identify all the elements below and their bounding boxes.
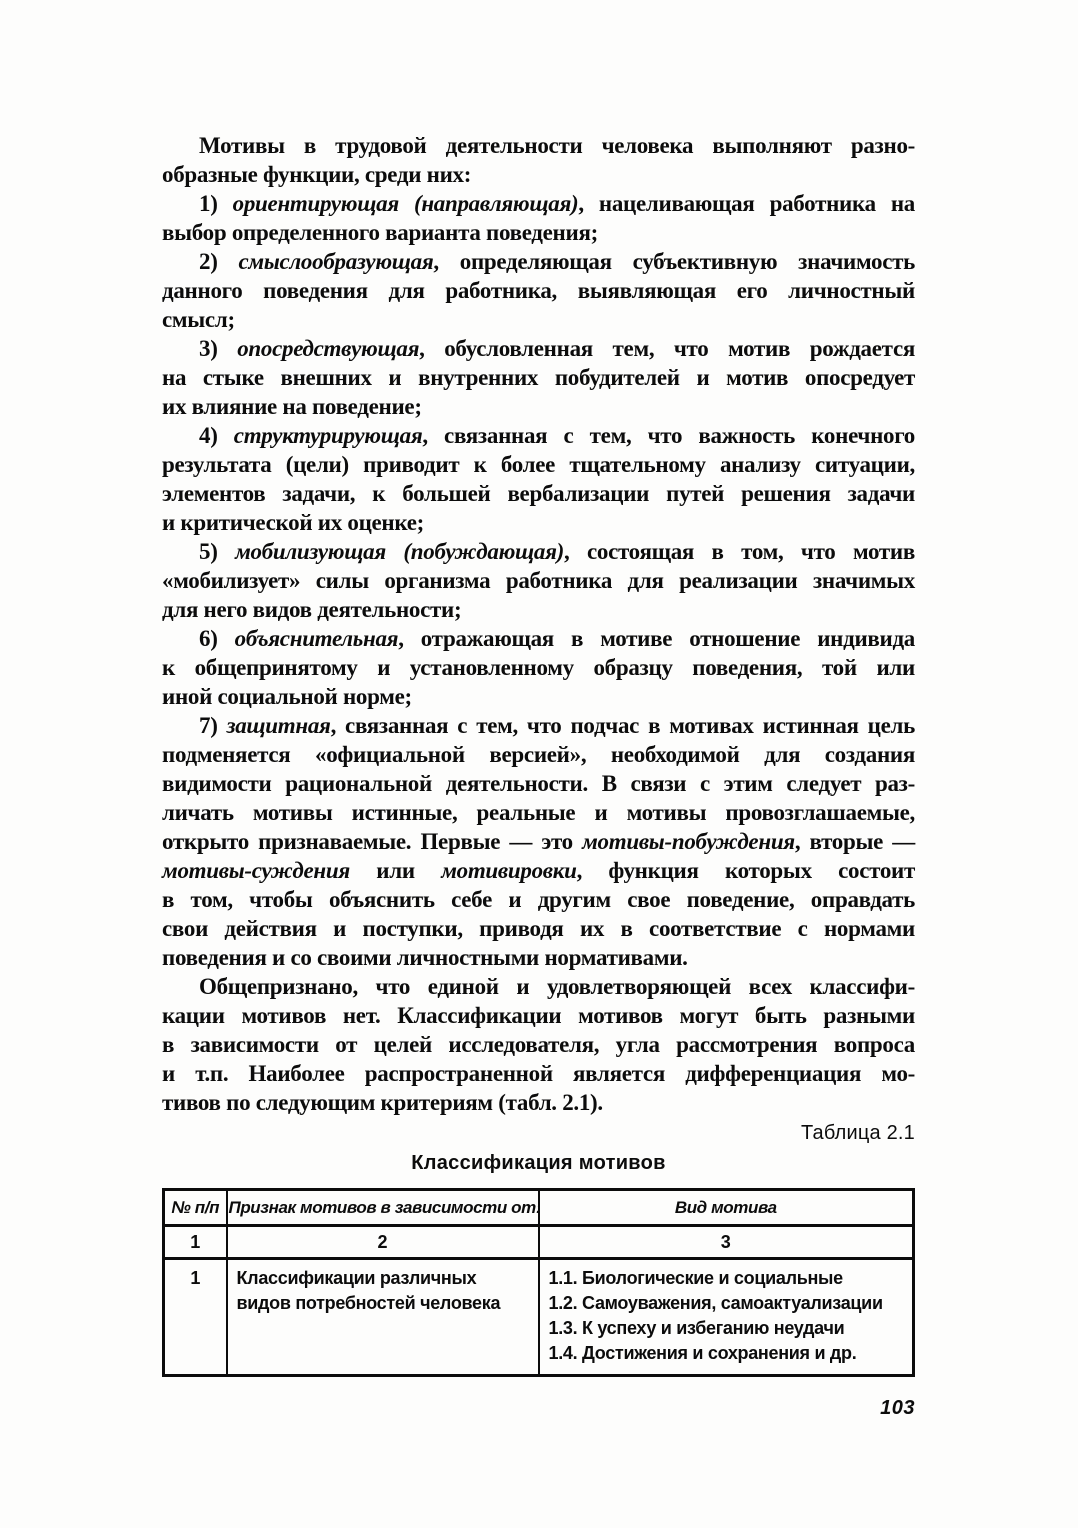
text-segment: , связанная с тем, что важность конечног…: [422, 423, 915, 448]
text-segment: Мотивы в трудовой деятельности человека …: [199, 133, 915, 158]
text-segment: , обусловленная тем, что мотив рождается: [419, 336, 915, 361]
text-line: образные функции, среди них:: [162, 160, 915, 189]
kind-line: 1.2. Самоуважения, самоактуализации: [549, 1291, 904, 1316]
text-segment: данного поведения для работника, выявляю…: [162, 278, 915, 303]
col-number-1: 1: [164, 1226, 227, 1259]
text-line: иной социальной норме;: [162, 682, 915, 711]
emphasized-term: опосредствующая: [237, 336, 419, 361]
classification-table: № п/п Признак мотивов в зависимости от: …: [162, 1188, 915, 1377]
text-segment: элементов задачи, к большей вербализации…: [162, 481, 915, 506]
text-segment: тивов по следующим критериям (табл. 2.1)…: [162, 1090, 603, 1115]
text-line: Общепризнано, что единой и удовлетворяющ…: [162, 972, 915, 1001]
text-segment: на стыке внешних и внутренних побудителе…: [162, 365, 915, 390]
text-block: Мотивы в трудовой деятельности человека …: [162, 131, 915, 1420]
text-segment: , определяющая субъективную значимость: [433, 249, 915, 274]
text-segment: 3): [199, 336, 237, 361]
text-segment: 7): [199, 713, 227, 738]
text-segment: иной социальной норме;: [162, 684, 412, 709]
text-line: данного поведения для работника, выявляю…: [162, 276, 915, 305]
text-segment: поведения и со своими личностными нормат…: [162, 945, 688, 970]
text-line: и т.п. Наиболее распространенной являетс…: [162, 1059, 915, 1088]
table-title: Классификация мотивов: [162, 1151, 915, 1175]
text-segment: Общепризнано, что единой и удовлетворяющ…: [199, 974, 915, 999]
emphasized-term: мотивировки: [441, 858, 576, 883]
text-segment: , вторые —: [795, 829, 915, 854]
cell-row-number: 1: [164, 1259, 227, 1376]
emphasized-term: ориентирующая (направляющая): [233, 191, 579, 216]
text-segment: для него видов деятельности;: [162, 597, 461, 622]
text-segment: кации мотивов нет. Классификации мотивов…: [162, 1003, 915, 1028]
text-segment: смысл;: [162, 307, 235, 332]
body-text: Мотивы в трудовой деятельности человека …: [162, 131, 915, 1117]
text-segment: в том, чтобы объяснить себе и другим сво…: [162, 887, 915, 912]
text-segment: результата (цели) приводит к более тщате…: [162, 452, 915, 477]
col-header-criterion: Признак мотивов в зависимости от:: [227, 1190, 539, 1226]
text-line: в том, чтобы объяснить себе и другим сво…: [162, 885, 915, 914]
text-line: 1) ориентирующая (направляющая), нацелив…: [162, 189, 915, 218]
text-segment: свои действия и поступки, приводя их в с…: [162, 916, 915, 941]
table-subheader-row: 1 2 3: [164, 1226, 914, 1259]
emphasized-term: объяснительная: [235, 626, 399, 651]
text-segment: видимости рациональной деятельности. В с…: [162, 771, 915, 796]
text-line: и критической их оценке;: [162, 508, 915, 537]
text-line: 3) опосредствующая, обусловленная тем, ч…: [162, 334, 915, 363]
text-line: 4) структурирующая, связанная с тем, что…: [162, 421, 915, 450]
text-line: личать мотивы истинные, реальные и мотив…: [162, 798, 915, 827]
text-segment: , состоящая в том, что мотив: [564, 539, 915, 564]
text-segment: их влияние на поведение;: [162, 394, 422, 419]
kind-line: 1.3. К успеху и избеганию неудачи: [549, 1316, 904, 1341]
text-line: 2) смыслообразующая, определяющая субъек…: [162, 247, 915, 276]
text-line: на стыке внешних и внутренних побудителе…: [162, 363, 915, 392]
text-line: мотивы-суждения или мотивировки, функция…: [162, 856, 915, 885]
cell-criterion: Классификации различных видов потребност…: [227, 1259, 539, 1376]
text-line: результата (цели) приводит к более тщате…: [162, 450, 915, 479]
text-line: Мотивы в трудовой деятельности человека …: [162, 131, 915, 160]
text-line: смысл;: [162, 305, 915, 334]
text-segment: открыто признаваемые. Первые — это: [162, 829, 582, 854]
text-line: 5) мобилизующая (побуждающая), состоящая…: [162, 537, 915, 566]
text-segment: личать мотивы истинные, реальные и мотив…: [162, 800, 915, 825]
text-line: 6) объяснительная, отражающая в мотиве о…: [162, 624, 915, 653]
text-segment: , нацеливающая работника на: [578, 191, 915, 216]
text-line: к общепринятому и установленному образцу…: [162, 653, 915, 682]
text-segment: к общепринятому и установленному образцу…: [162, 655, 915, 680]
text-segment: подменяется «официальной версией», необх…: [162, 742, 915, 767]
text-segment: , функция которых состоит: [577, 858, 915, 883]
emphasized-term: мотивы-побуждения: [582, 829, 795, 854]
kind-line: 1.1. Биологические и социальные: [549, 1266, 904, 1291]
text-line: тивов по следующим критериям (табл. 2.1)…: [162, 1088, 915, 1117]
emphasized-term: структурирующая: [234, 423, 423, 448]
text-line: открыто признаваемые. Первые — это мотив…: [162, 827, 915, 856]
text-line: в зависимости от целей исследователя, уг…: [162, 1030, 915, 1059]
text-line: кации мотивов нет. Классификации мотивов…: [162, 1001, 915, 1030]
col-number-2: 2: [227, 1226, 539, 1259]
col-header-number: № п/п: [164, 1190, 227, 1226]
page-number: 103: [162, 1397, 915, 1420]
col-header-kind: Вид мотива: [539, 1190, 914, 1226]
emphasized-term: смыслообразующая: [238, 249, 433, 274]
cell-kinds: 1.1. Биологические и социальные1.2. Само…: [539, 1259, 914, 1376]
text-line: подменяется «официальной версией», необх…: [162, 740, 915, 769]
text-segment: и критической их оценке;: [162, 510, 424, 535]
text-segment: 4): [199, 423, 234, 448]
emphasized-term: мобилизующая (побуждающая): [235, 539, 564, 564]
text-line: «мобилизует» силы организма работника дл…: [162, 566, 915, 595]
text-line: 7) защитная, связанная с тем, что подчас…: [162, 711, 915, 740]
text-line: их влияние на поведение;: [162, 392, 915, 421]
text-line: выбор определенного варианта поведения;: [162, 218, 915, 247]
text-segment: в зависимости от целей исследователя, уг…: [162, 1032, 915, 1057]
text-line: для него видов деятельности;: [162, 595, 915, 624]
text-segment: , связанная с тем, что подчас в мотивах …: [331, 713, 915, 738]
table-body: 1Классификации различных видов потребнос…: [164, 1259, 914, 1376]
text-segment: выбор определенного варианта поведения;: [162, 220, 598, 245]
text-line: элементов задачи, к большей вербализации…: [162, 479, 915, 508]
emphasized-term: мотивы-суждения: [162, 858, 350, 883]
text-segment: 6): [199, 626, 235, 651]
table-row: 1Классификации различных видов потребнос…: [164, 1259, 914, 1376]
table-header-row: № п/п Признак мотивов в зависимости от: …: [164, 1190, 914, 1226]
emphasized-term: защитная: [227, 713, 331, 738]
text-segment: или: [350, 858, 441, 883]
text-segment: «мобилизует» силы организма работника дл…: [162, 568, 915, 593]
text-segment: 1): [199, 191, 233, 216]
kind-line: 1.4. Достижения и сохранения и др.: [549, 1341, 904, 1366]
col-number-3: 3: [539, 1226, 914, 1259]
text-segment: и т.п. Наиболее распространенной являетс…: [162, 1061, 915, 1086]
text-line: видимости рациональной деятельности. В с…: [162, 769, 915, 798]
text-segment: образные функции, среди них:: [162, 162, 471, 187]
text-line: свои действия и поступки, приводя их в с…: [162, 914, 915, 943]
table-caption: Таблица 2.1: [162, 1121, 915, 1145]
text-segment: , отражающая в мотиве отношение индивида: [398, 626, 915, 651]
text-segment: 2): [199, 249, 238, 274]
text-line: поведения и со своими личностными нормат…: [162, 943, 915, 972]
scanned-page: Мотивы в трудовой деятельности человека …: [0, 0, 1078, 1528]
text-segment: 5): [199, 539, 235, 564]
